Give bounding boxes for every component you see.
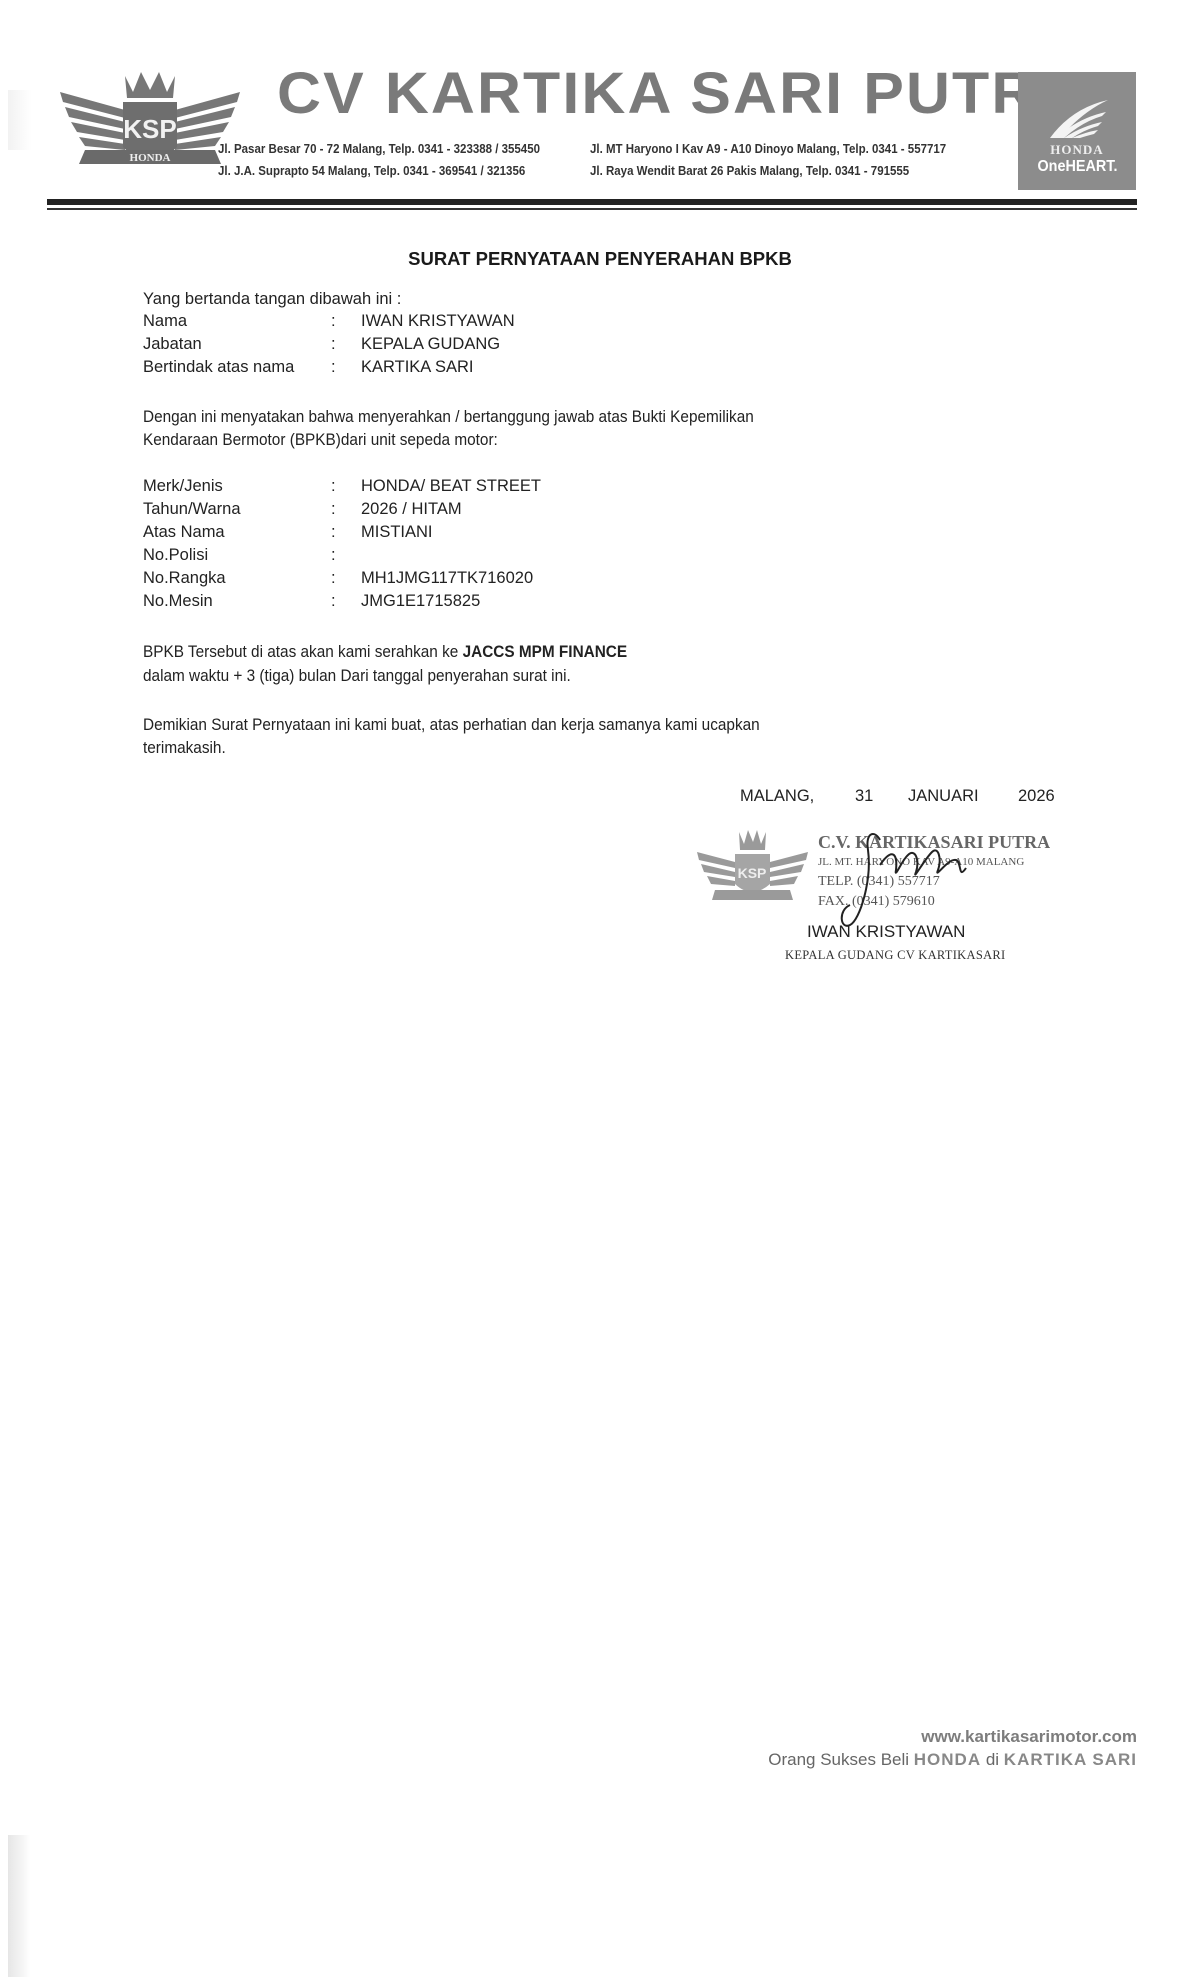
- field-colon: :: [331, 335, 336, 354]
- ksp-stamp-logo-icon: KSP: [695, 828, 810, 908]
- header-divider: [47, 199, 1137, 205]
- company-name: CV KARTIKA SARI PUTRA: [277, 62, 1083, 126]
- svg-text:KSP: KSP: [738, 865, 767, 881]
- signer-position: KEPALA GUDANG CV KARTIKASARI: [785, 948, 1006, 963]
- field-colon: :: [331, 546, 336, 565]
- field-label: No.Rangka: [143, 569, 226, 588]
- field-colon: :: [331, 477, 336, 496]
- address-line: Jl. Raya Wendit Barat 26 Pakis Malang, T…: [590, 164, 909, 178]
- field-label: Tahun/Warna: [143, 500, 241, 519]
- field-colon: :: [331, 523, 336, 542]
- field-value: MISTIANI: [361, 523, 433, 542]
- oneheart-tagline: OneHEART.: [1037, 158, 1117, 176]
- header-divider: [47, 208, 1137, 210]
- field-label: Bertindak atas nama: [143, 358, 294, 377]
- field-value: HONDA/ BEAT STREET: [361, 477, 541, 496]
- field-value: IWAN KRISTYAWAN: [361, 312, 515, 331]
- intro-text: Yang bertanda tangan dibawah ini :: [143, 290, 401, 309]
- field-label: Merk/Jenis: [143, 477, 223, 496]
- field-value: JMG1E1715825: [361, 592, 480, 611]
- field-value: KARTIKA SARI: [361, 358, 474, 377]
- field-label: Atas Nama: [143, 523, 225, 542]
- field-label: Nama: [143, 312, 187, 331]
- slogan-dealer: KARTIKA SARI: [1004, 1750, 1137, 1769]
- field-colon: :: [331, 358, 336, 377]
- closing-text: terimakasih.: [143, 739, 226, 758]
- field-colon: :: [331, 312, 336, 331]
- website-link[interactable]: www.kartikasarimotor.com: [921, 1727, 1137, 1747]
- handover-prefix: BPKB Tersebut di atas akan kami serahkan…: [143, 643, 463, 661]
- field-value: MH1JMG117TK716020: [361, 569, 533, 588]
- address-line: Jl. Pasar Besar 70 - 72 Malang, Telp. 03…: [218, 142, 540, 156]
- finance-company: JACCS MPM FINANCE: [463, 643, 628, 661]
- honda-wing-icon: [1042, 98, 1112, 142]
- field-label: No.Mesin: [143, 592, 213, 611]
- svg-text:HONDA: HONDA: [130, 152, 171, 164]
- document-title: SURAT PERNYATAAN PENYERAHAN BPKB: [0, 248, 1200, 270]
- field-colon: :: [331, 592, 336, 611]
- date-day: 31: [855, 787, 873, 806]
- svg-text:KSP: KSP: [123, 114, 176, 144]
- field-value: KEPALA GUDANG: [361, 335, 500, 354]
- honda-oneheart-badge: HONDA OneHEART.: [1018, 72, 1136, 190]
- scan-artifact: [8, 1835, 30, 1977]
- closing-text: Demikian Surat Pernyataan ini kami buat,…: [143, 716, 760, 735]
- field-label: Jabatan: [143, 335, 202, 354]
- slogan-mid: di: [981, 1750, 1004, 1769]
- address-line: Jl. MT Haryono I Kav A9 - A10 Dinoyo Mal…: [590, 142, 946, 156]
- scan-artifact: [8, 90, 32, 150]
- field-colon: :: [331, 500, 336, 519]
- date-month: JANUARI: [908, 787, 979, 806]
- signer-name: IWAN KRISTYAWAN: [807, 922, 965, 942]
- field-colon: :: [331, 569, 336, 588]
- ksp-winged-logo-icon: KSP HONDA: [55, 62, 245, 182]
- slogan-brand: HONDA: [914, 1750, 981, 1769]
- date-city: MALANG,: [740, 787, 814, 806]
- field-value: 2026 / HITAM: [361, 500, 462, 519]
- address-line: Jl. J.A. Suprapto 54 Malang, Telp. 0341 …: [218, 164, 525, 178]
- statement-text: Dengan ini menyatakan bahwa menyerahkan …: [143, 408, 754, 427]
- handover-text: dalam waktu + 3 (tiga) bulan Dari tangga…: [143, 667, 571, 686]
- handover-text: BPKB Tersebut di atas akan kami serahkan…: [143, 643, 627, 662]
- honda-brand-text: HONDA: [1050, 142, 1103, 158]
- date-year: 2026: [1018, 787, 1055, 806]
- slogan-prefix: Orang Sukses Beli: [768, 1750, 914, 1769]
- statement-text: Kendaraan Bermotor (BPKB)dari unit seped…: [143, 431, 498, 450]
- footer-slogan: Orang Sukses Beli HONDA di KARTIKA SARI: [768, 1750, 1137, 1770]
- field-label: No.Polisi: [143, 546, 208, 565]
